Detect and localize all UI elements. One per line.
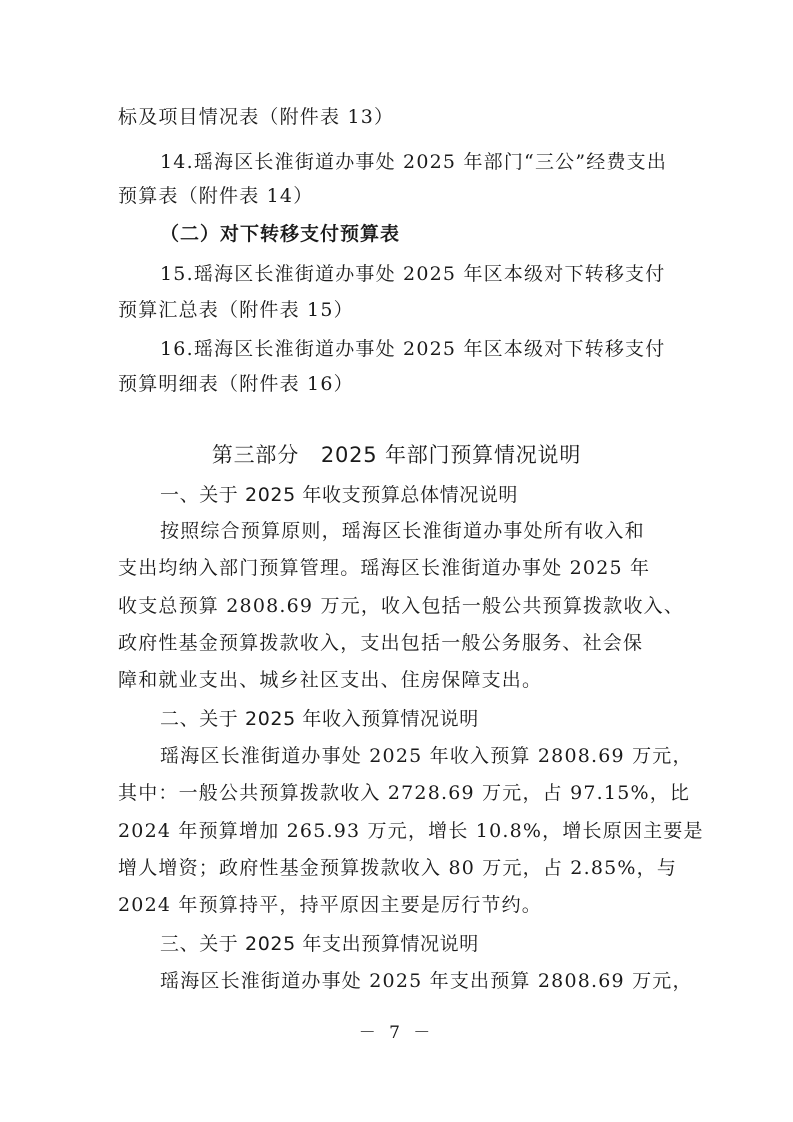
list-item-14-continuation: 预算表（附件表 14） bbox=[118, 183, 678, 209]
list-item-16-continuation: 预算明细表（附件表 16） bbox=[118, 371, 678, 397]
list-item-13-continuation: 标及项目情况表（附件表 13） bbox=[118, 104, 678, 130]
section-1-paragraph-line: 支出均纳入部门预算管理。瑶海区长淮街道办事处 2025 年 bbox=[118, 555, 678, 581]
section-1-paragraph-line: 障和就业支出、城乡社区支出、住房保障支出。 bbox=[118, 667, 678, 693]
section-1-paragraph-line: 按照综合预算原则，瑶海区长淮街道办事处所有收入和 bbox=[160, 518, 678, 544]
page-number: － 7 － bbox=[0, 1018, 793, 1043]
list-item-16: 16.瑶海区长淮街道办事处 2025 年区本级对下转移支付 bbox=[160, 336, 678, 362]
section-2-heading: 二、关于 2025 年收入预算情况说明 bbox=[160, 706, 678, 732]
section-2-paragraph-line: 2024 年预算增加 265.93 万元，增长 10.8%，增长原因主要是 bbox=[118, 818, 678, 844]
section-1-heading: 一、关于 2025 年收支预算总体情况说明 bbox=[160, 482, 678, 508]
document-page: 标及项目情况表（附件表 13） 14.瑶海区长淮街道办事处 2025 年部门“三… bbox=[0, 0, 793, 1122]
section-2-paragraph-line: 其中：一般公共预算拨款收入 2728.69 万元，占 97.15%，比 bbox=[118, 780, 678, 806]
section-2-paragraph-line: 增人增资；政府性基金预算拨款收入 80 万元，占 2.85%，与 bbox=[118, 855, 678, 881]
section-2-paragraph-line: 瑶海区长淮街道办事处 2025 年收入预算 2808.69 万元， bbox=[160, 743, 678, 769]
part-title: 第三部分 2025 年部门预算情况说明 bbox=[0, 440, 793, 470]
subsection-heading-transfer-payment: （二）对下转移支付预算表 bbox=[160, 221, 678, 247]
section-1-paragraph-line: 收支总预算 2808.69 万元，收入包括一般公共预算拨款收入、 bbox=[118, 593, 678, 619]
section-2-paragraph-line: 2024 年预算持平，持平原因主要是厉行节约。 bbox=[118, 892, 678, 918]
section-3-paragraph-line: 瑶海区长淮街道办事处 2025 年支出预算 2808.69 万元， bbox=[160, 968, 678, 994]
list-item-15-continuation: 预算汇总表（附件表 15） bbox=[118, 297, 678, 323]
list-item-15: 15.瑶海区长淮街道办事处 2025 年区本级对下转移支付 bbox=[160, 261, 678, 287]
section-3-heading: 三、关于 2025 年支出预算情况说明 bbox=[160, 931, 678, 957]
list-item-14: 14.瑶海区长淮街道办事处 2025 年部门“三公”经费支出 bbox=[160, 149, 678, 175]
section-1-paragraph-line: 政府性基金预算拨款收入，支出包括一般公务服务、社会保 bbox=[118, 630, 678, 656]
